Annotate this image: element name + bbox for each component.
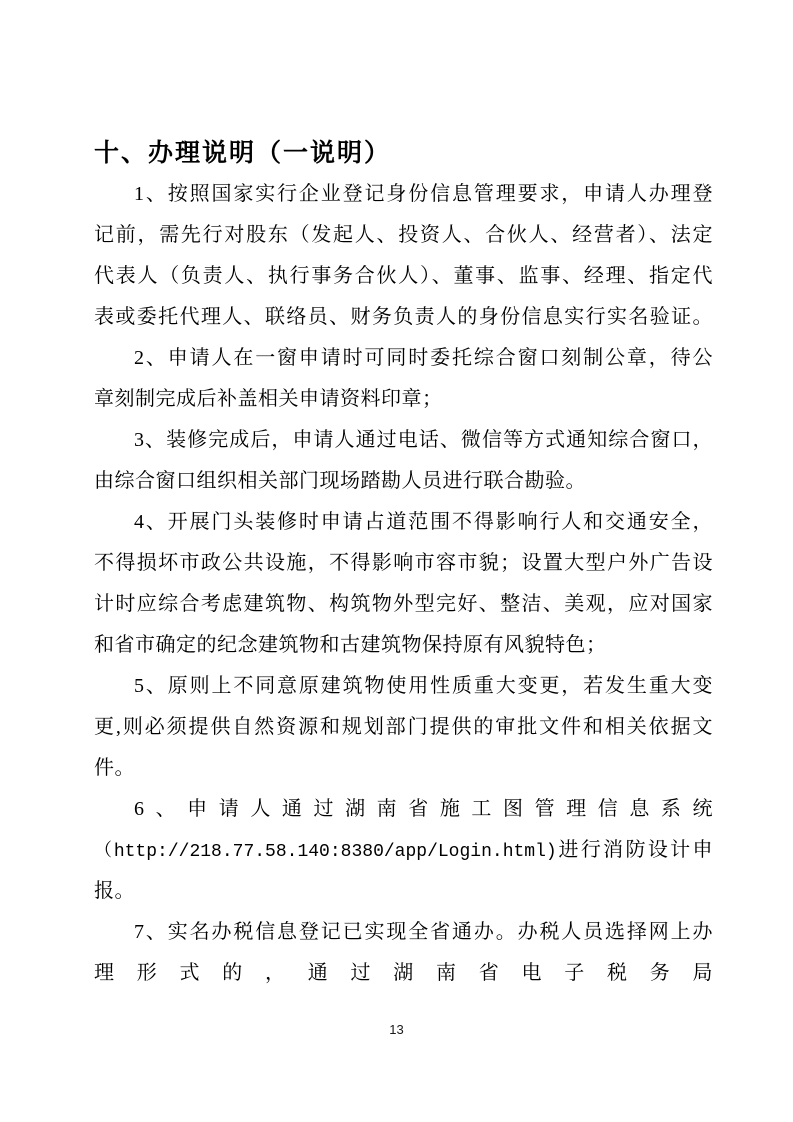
text-line: 2、申请人在一窗申请时可同时委托综合窗口刻制公章，待公	[94, 338, 713, 379]
paragraph-1: 1、按照国家实行企业登记身份信息管理要求，申请人办理登 记前，需先行对股东（发起…	[94, 174, 713, 338]
text-line: 4、开展门头装修时申请占道范围不得影响行人和交通安全，	[94, 502, 713, 543]
text-line: 5、原则上不同意原建筑物使用性质重大变更，若发生重大变	[94, 666, 713, 707]
paragraph-4: 4、开展门头装修时申请占道范围不得影响行人和交通安全， 不得损坏市政公共设施，不…	[94, 502, 713, 666]
section-heading: 十、办理说明（一说明）	[94, 133, 713, 174]
paragraph-5: 5、原则上不同意原建筑物使用性质重大变更，若发生重大变 更,则必须提供自然资源和…	[94, 666, 713, 789]
text-line: 计时应综合考虑建筑物、构筑物外型完好、整洁、美观，应对国家	[94, 584, 713, 625]
document-content: 十、办理说明（一说明） 1、按照国家实行企业登记身份信息管理要求，申请人办理登 …	[94, 133, 713, 994]
text-line: 代表人（负责人、执行事务合伙人）、董事、监事、经理、指定代	[94, 256, 713, 297]
text-line: 由综合窗口组织相关部门现场踏勘人员进行联合勘验。	[94, 461, 713, 502]
text-line: 记前，需先行对股东（发起人、投资人、合伙人、经营者）、法定	[94, 215, 713, 256]
text-line: 理形式的，通过湖南省电子税务局	[94, 953, 713, 994]
text-line: 更,则必须提供自然资源和规划部门提供的审批文件和相关依据文	[94, 707, 713, 748]
text-line: （http://218.77.58.140:8380/app/Login.htm…	[94, 830, 713, 871]
paragraph-2: 2、申请人在一窗申请时可同时委托综合窗口刻制公章，待公 章刻制完成后补盖相关申请…	[94, 338, 713, 420]
paragraph-6: 6、申请人通过湖南省施工图管理信息系统 （http://218.77.58.14…	[94, 789, 713, 912]
paragraph-3: 3、装修完成后，申请人通过电话、微信等方式通知综合窗口， 由综合窗口组织相关部门…	[94, 420, 713, 502]
system-url: （http://218.77.58.140:8380/app/Login.htm…	[94, 842, 557, 862]
text-line: 7、实名办税信息登记已实现全省通办。办税人员选择网上办	[94, 912, 713, 953]
text-line: 1、按照国家实行企业登记身份信息管理要求，申请人办理登	[94, 174, 713, 215]
url-trailing-text: 进行消防设计申	[557, 839, 713, 861]
text-line: 3、装修完成后，申请人通过电话、微信等方式通知综合窗口，	[94, 420, 713, 461]
document-page: 十、办理说明（一说明） 1、按照国家实行企业登记身份信息管理要求，申请人办理登 …	[0, 0, 793, 1122]
text-line: 表或委托代理人、联络员、财务负责人的身份信息实行实名验证。	[94, 297, 713, 338]
text-line: 报。	[94, 871, 713, 912]
paragraph-7: 7、实名办税信息登记已实现全省通办。办税人员选择网上办 理形式的，通过湖南省电子…	[94, 912, 713, 994]
text-line: 件。	[94, 748, 713, 789]
text-line: 6、申请人通过湖南省施工图管理信息系统	[94, 789, 713, 830]
page-number: 13	[0, 1022, 793, 1037]
text-line: 和省市确定的纪念建筑物和古建筑物保持原有风貌特色；	[94, 625, 713, 666]
text-line: 章刻制完成后补盖相关申请资料印章；	[94, 379, 713, 420]
text-line: 不得损坏市政公共设施，不得影响市容市貌；设置大型户外广告设	[94, 543, 713, 584]
